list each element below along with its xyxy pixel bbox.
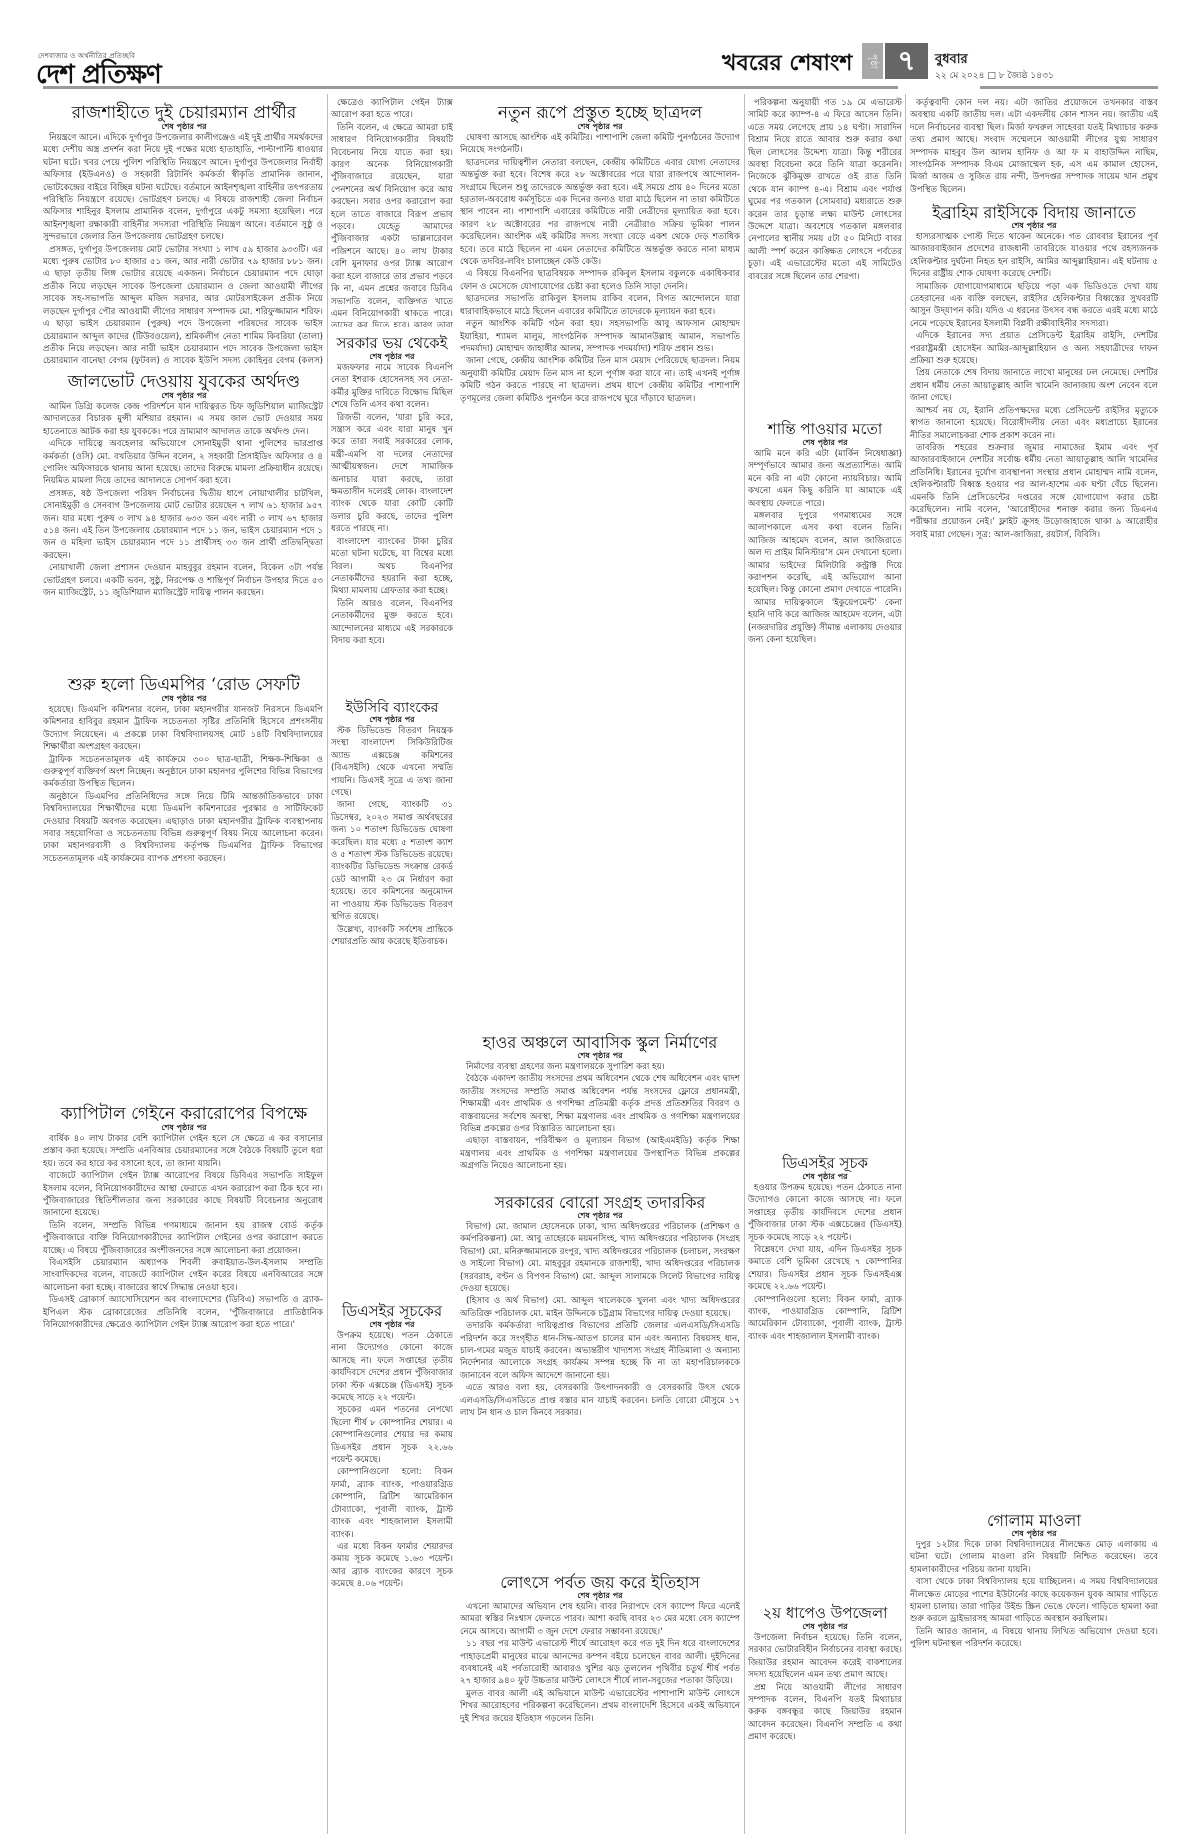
article-body-dse-suchak: হওয়ার উপক্রম হয়েছে। পতন ঠেকাতে নানা উদ… bbox=[748, 1182, 902, 1527]
paragraph: দুপুর ১২টার দিকে ঢাকা বিশ্ববিদ্যালয়ের ন… bbox=[910, 1539, 1158, 1576]
paragraph: প্রশ্ন নিয়ে আওয়ামী লীগের সাধারণ সম্পাদ… bbox=[748, 1682, 902, 1744]
article-body-everest-cont: পরিকল্পনা অনুযায়ী গত ১৯ মে এভারেস্ট সাম… bbox=[748, 97, 902, 413]
paragraph: নিয়ন্ত্রণে আনে। এদিকে দুর্গাপুর উপজেলার… bbox=[43, 132, 323, 244]
paragraph: ছাত্রদলের সভাপতি রাকিবুল ইসলাম রাকিব বলে… bbox=[460, 293, 740, 318]
paragraph: (হিসাব ও অর্থ বিভাগ) মো. আব্দুল খালেককে … bbox=[460, 1295, 740, 1320]
paragraph: জানা গেছে, কেন্দ্রীয় আংশিক কমিটির তিন ম… bbox=[460, 355, 740, 405]
paragraph: কোম্পানিগুলো হলো: বিকন ফার্মা, ব্র্যাক ব… bbox=[748, 1294, 902, 1344]
paragraph: এ বিষয়ে বিএনপির ছাত্রবিষয়ক সম্পাদক রকি… bbox=[460, 268, 740, 293]
article-body-jalvote: আমিন ডিগ্রি কলেজ কেন্দ্র পরিদর্শনে যান দ… bbox=[43, 401, 323, 669]
paragraph: সামাজিক যোগাযোগমাধ্যমে ছড়িয়ে পড়া এক ভ… bbox=[910, 281, 1158, 331]
masthead-rule-right bbox=[980, 86, 1158, 89]
article-body-rajshahi: নিয়ন্ত্রণে আনে। এদিকে দুর্গাপুর উপজেলার… bbox=[43, 132, 323, 364]
paragraph: এদিকে ইরানের সদ্য প্রয়াত প্রেসিডেন্ট ইব… bbox=[910, 330, 1158, 367]
paragraph: এছাড়া বাস্তবায়ন, পরিবীক্ষণ ও মূল্যায়ন… bbox=[460, 1135, 740, 1172]
paragraph: তিনি বলেন, এ ক্ষেত্রে আমরা চাই সাধারণ বি… bbox=[331, 122, 453, 327]
paragraph: কোম্পানিগুলো হলো: বিকন ফার্মা, ব্র্যাক ব… bbox=[331, 1466, 453, 1540]
paragraph: বাসা থেকে ঢাকা বিশ্ববিদ্যালয় হয়ে যাচ্ছ… bbox=[910, 1576, 1158, 1626]
paragraph: তাবরিজ শহরের শুক্রবার জুমার নামাজের ইমাম… bbox=[910, 442, 1158, 541]
paragraph: ১১ বছর পর মাউন্ট এভারেস্ট শীর্ষে আরোহণ ক… bbox=[460, 1638, 740, 1688]
paragraph: জানা গেছে, ব্যাংকটি ৩১ ডিসেম্বর, ২০২৩ সম… bbox=[331, 799, 453, 923]
article-body-sarkar-bhoy: মজফফার নামে সাবেক বিএনপি নেতা ইশরাক হোসে… bbox=[331, 362, 453, 692]
article-body-shanti: আমি মনে করি এটা (মার্কিন নিষেধাজ্ঞা) সম্… bbox=[748, 448, 902, 1248]
paragraph: বিশ্লেষণে দেখা যায়, এদিন ডিএসইর সূচক কম… bbox=[748, 1244, 902, 1294]
masthead-rule-main bbox=[298, 86, 898, 89]
paragraph: ঘোষণা আসছে আংশিক এই কমিটির। পাশাপাশি জেল… bbox=[460, 132, 740, 157]
article-body-golam-maola: দুপুর ১২টার দিকে ঢাকা বিশ্ববিদ্যালয়ের ন… bbox=[910, 1539, 1158, 1833]
paragraph: এদিকে দায়িত্বে অবহেলার অভিযোগে সোনাইমুড… bbox=[43, 438, 323, 488]
paragraph: নোয়াখালী জেলা প্রশাসন দেওয়ান মাহবুবুর … bbox=[43, 562, 323, 599]
paragraph: স্টক ডিভিডেন্ড বিতরণ নিয়ন্ত্রক সংস্থা ব… bbox=[331, 725, 453, 799]
page-label: পৃষ্ঠা bbox=[862, 43, 883, 79]
article-body-raisi: হাস্যরসাত্মক পোস্ট দিতে থাকেন অনেকে। গত … bbox=[910, 231, 1158, 1483]
masthead-rule-left bbox=[43, 86, 298, 89]
paragraph: প্রসঙ্গত, দুর্গাপুর উপজেলায় মোট ভোটার স… bbox=[43, 244, 323, 364]
paragraph: আমার দায়িত্বকালে 'ইকুয়েপমেন্ট' কেনা হয… bbox=[748, 597, 902, 647]
paragraph: মজফফার নামে সাবেক বিএনপি নেতা ইশরাক হোসে… bbox=[331, 362, 453, 412]
paragraph: আমিন ডিগ্রি কলেজ কেন্দ্র পরিদর্শনে যান দ… bbox=[43, 401, 323, 438]
paragraph: তদারকি কর্মকর্তারা দায়িত্বপ্রাপ্ত বিভাগ… bbox=[460, 1320, 740, 1382]
paragraph: তিনি আরও বলেন, বিএনপির নেতাকর্মীদের মুক্… bbox=[331, 598, 453, 648]
paragraph: আমি মনে করি এটা (মার্কিন নিষেধাজ্ঞা) সম্… bbox=[748, 448, 902, 510]
paragraph: বিভাগ) মো. জামাল হোসেনকে ঢাকা, খাদ্য অধি… bbox=[460, 1221, 740, 1295]
article-body-capital-gain-cont: ক্ষেত্রেও ক্যাপিটাল গেইন ট্যাক্স আরোপ কর… bbox=[331, 97, 453, 327]
paragraph: এর মধ্যে বিকন ফার্মার শেয়ারদর কমায় সূচ… bbox=[331, 1541, 453, 1591]
paragraph: ক্ষেত্রেও ক্যাপিটাল গেইন ট্যাক্স আরোপ কর… bbox=[331, 97, 453, 122]
date-line: ২২ মে ২০২৪ □ ৮ জ্যৈষ্ঠ ১৪৩১ bbox=[935, 68, 1054, 83]
article-body-dse-index: উপক্রম হয়েছে। পতন ঠেকাতে নানা উদ্যোগও ক… bbox=[331, 1330, 453, 1833]
column-divider bbox=[905, 94, 906, 1834]
paragraph: উল্লেখ্য, ব্যাংকটি সর্বশেষ প্রান্তিকে শে… bbox=[331, 924, 453, 949]
article-body-upazila-2: উপজেলা নির্বাচন হয়েছে। তিনি বলেন, সরকার… bbox=[748, 1632, 902, 1833]
paragraph: ছাত্রদলের দায়িত্বশীল নেতারা বলছেন, কেন্… bbox=[460, 157, 740, 269]
paragraph: বার্ষিক ৪০ লাখ টাকার বেশি ক্যাপিটাল গেইন… bbox=[43, 1133, 323, 1170]
article-body-lhotse: এখনো আমাদের অভিযান শেষ হয়নি। বাবর নিরাপ… bbox=[460, 1601, 740, 1833]
paragraph: নতুন আংশিক কমিটি গঠন করা হয়। সহসভাপতি আ… bbox=[460, 318, 740, 355]
paragraph: বাজেটে ক্যাপিটাল গেইন ট্যাক্স আরোপের বিষ… bbox=[43, 1170, 323, 1220]
column-divider bbox=[327, 94, 328, 1834]
article-body-road-safety: হয়েছে। ডিএমপি কমিশনার বলেন, ঢাকা মহানগর… bbox=[43, 704, 323, 1099]
article-body-boro-procurement: বিভাগ) মো. জামাল হোসেনকে ঢাকা, খাদ্য অধি… bbox=[460, 1221, 740, 1566]
paragraph: নির্মাণের ব্যবস্থা গ্রহণের জন্য মন্ত্রণা… bbox=[460, 1061, 740, 1073]
paragraph: হওয়ার উপক্রম হয়েছে। পতন ঠেকাতে নানা উদ… bbox=[748, 1182, 902, 1244]
paragraph: আশ্চর্য নয় যে, ইরানি প্রতিপক্ষদের মধ্যে… bbox=[910, 405, 1158, 442]
paragraph: তিনি বলেন, সম্প্রতি বিভিন্ন গণমাধ্যমে জা… bbox=[43, 1220, 323, 1257]
article-body-haor-school: নির্মাণের ব্যবস্থা গ্রহণের জন্য মন্ত্রণা… bbox=[460, 1061, 740, 1186]
paragraph: বিএসইসি চেয়ারম্যান অধ্যাপক শিবলী রুবাইয… bbox=[43, 1257, 323, 1294]
paragraph: উপজেলা নির্বাচন হয়েছে। তিনি বলেন, সরকার… bbox=[748, 1632, 902, 1682]
paragraph: বাংলাদেশ ব্যাংকের টাকা চুরির মতো ঘটনা ঘট… bbox=[331, 536, 453, 598]
article-body-awami-intro: কর্তৃত্ববাদী কোন দল নয়। এটা জাতির প্রয়… bbox=[910, 97, 1158, 197]
article-body-ucb: স্টক ডিভিডেন্ড বিতরণ নিয়ন্ত্রক সংস্থা ব… bbox=[331, 725, 453, 1295]
paragraph: পরিকল্পনা অনুযায়ী গত ১৯ মে এভারেস্ট সাম… bbox=[748, 97, 902, 283]
paragraph: প্রিয় নেতাকে শেষ বিদায় জানাতে লাখো মান… bbox=[910, 367, 1158, 404]
paragraph: উপক্রম হয়েছে। পতন ঠেকাতে নানা উদ্যোগও ক… bbox=[331, 1330, 453, 1404]
paragraph: প্রসঙ্গত, ষষ্ঠ উপজেলা পরিষদ নির্বাচনের দ… bbox=[43, 488, 323, 562]
paragraph: হাস্যরসাত্মক পোস্ট দিতে থাকেন অনেকে। গত … bbox=[910, 231, 1158, 281]
masthead: দেশবাজার ও অর্থনীতির প্রতিচ্ছবি দেশ প্রত… bbox=[0, 0, 1200, 78]
section-title: খবরের শেষাংশ bbox=[722, 46, 852, 83]
paragraph: তিনি আরও জানান, এ বিষয়ে থানায় লিখিত অভ… bbox=[910, 1626, 1158, 1651]
page-number: ৭ bbox=[885, 43, 928, 79]
paragraph: ট্রাফিক সচেতনতামূলক এই কার্যক্রমে ৩০০ ছা… bbox=[43, 754, 323, 791]
paragraph: হয়েছে। ডিএমপি কমিশনার বলেন, ঢাকা মহানগর… bbox=[43, 704, 323, 754]
paragraph: সূচকের এমন পতনের নেপথ্যে ছিলো শীর্ষ ৮ কো… bbox=[331, 1404, 453, 1466]
column-divider bbox=[744, 94, 745, 1834]
paragraph: মুলত বাবর আলী এই অভিযানে মাউন্ট এভারেস্ট… bbox=[460, 1688, 740, 1725]
paragraph: অনুষ্ঠানে ডিএমপির প্রতিনিধিদের সঙ্গে নিয… bbox=[43, 791, 323, 865]
paragraph: এতে আরও বলা হয়, বেসরকারি উৎপাদনকারী ও ব… bbox=[460, 1382, 740, 1419]
paragraph: মঙ্গলবার দুপুরে গণমাধ্যমের সঙ্গে আলাপকাল… bbox=[748, 510, 902, 597]
paragraph: রিজভী বলেন, 'যারা চুরি করে, সন্ত্রাস করে… bbox=[331, 412, 453, 536]
paragraph: বৈঠকে একাদশ জাতীয় সংসদের প্রথম অধিবেশন … bbox=[460, 1073, 740, 1135]
article-body-capital-gain: বার্ষিক ৪০ লাখ টাকার বেশি ক্যাপিটাল গেইন… bbox=[43, 1133, 323, 1833]
paragraph: এখনো আমাদের অভিযান শেষ হয়নি। বাবর নিরাপ… bbox=[460, 1601, 740, 1638]
paragraph: কর্তৃত্ববাদী কোন দল নয়। এটা জাতির প্রয়… bbox=[910, 97, 1158, 196]
paragraph: ডিএসই ব্রোকার্স অ্যাসোসিয়েশন অব বাংলাদে… bbox=[43, 1294, 323, 1331]
newspaper-logo[interactable]: দেশ প্রতিক্ষণ bbox=[36, 54, 161, 98]
article-body-chhatradal: ঘোষণা আসছে আংশিক এই কমিটির। পাশাপাশি জেল… bbox=[460, 132, 740, 1012]
